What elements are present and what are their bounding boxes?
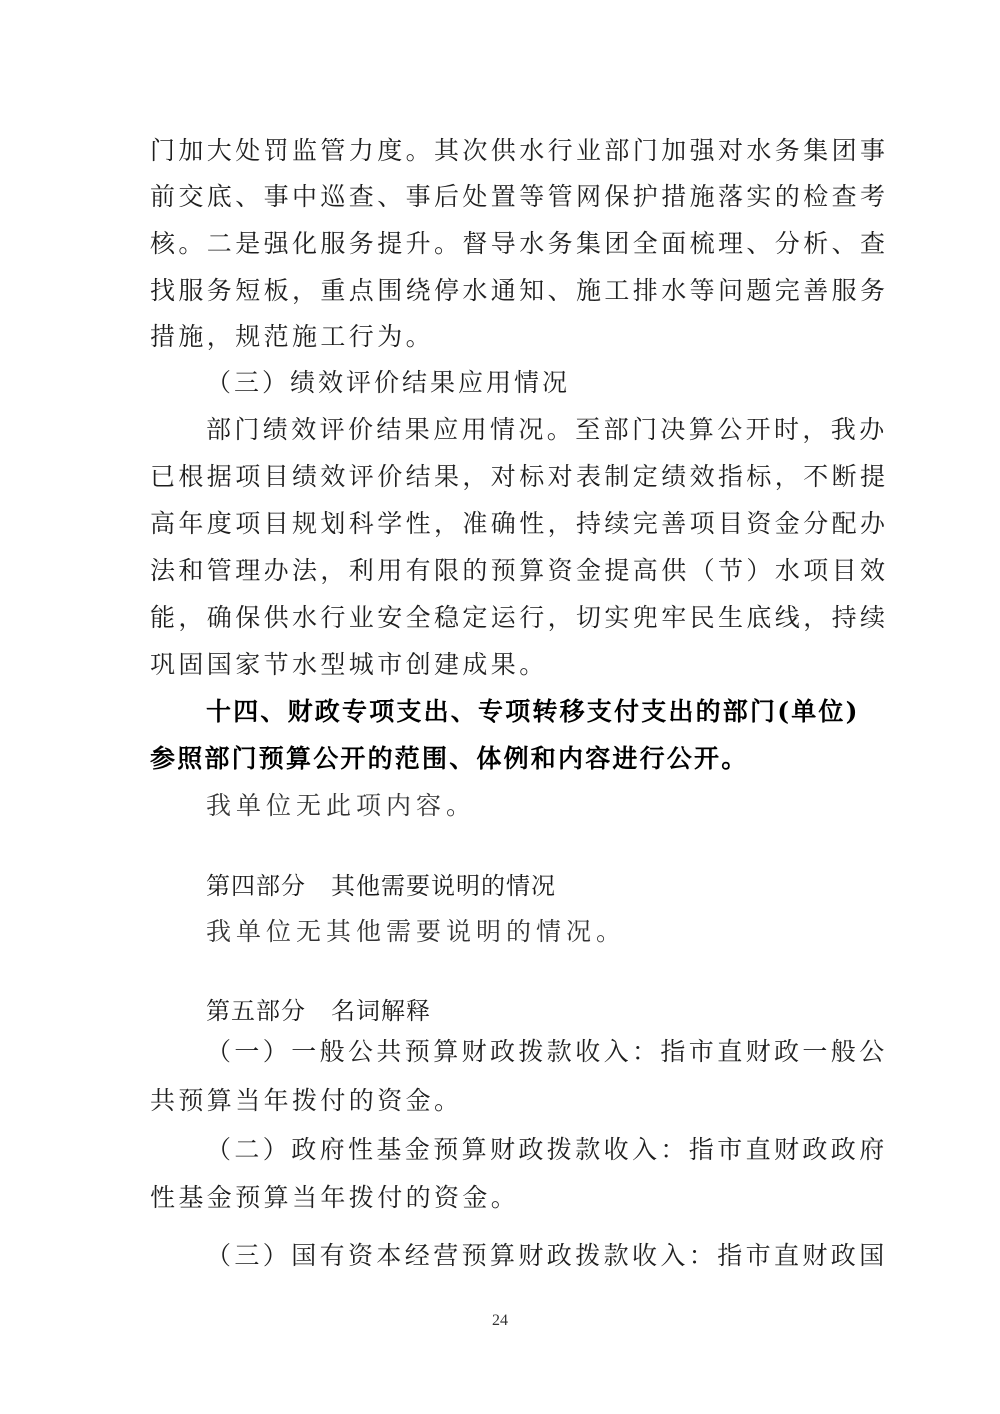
paragraph-line: 法和管理办法，利用有限的预算资金提高供（节）水项目效 xyxy=(150,556,888,586)
item-heading: 十四、财政专项支出、专项转移支付支出的部门(单位) xyxy=(206,697,860,727)
paragraph-line: 能，确保供水行业安全稳定运行，切实兜牢民生底线，持续 xyxy=(150,603,888,633)
paragraph-line: 巩固国家节水型城市创建成果。 xyxy=(150,650,548,680)
definition-line: （二）政府性基金预算财政拨款收入：指市直财政政府 xyxy=(206,1135,888,1165)
item-heading: 参照部门预算公开的范围、体例和内容进行公开。 xyxy=(150,744,748,774)
paragraph-line: 核。二是强化服务提升。督导水务集团全面梳理、分析、查 xyxy=(150,229,888,259)
definition-line: 性基金预算当年拨付的资金。 xyxy=(150,1183,519,1213)
page-number: 24 xyxy=(0,1312,1000,1330)
part-body: 我单位无其他需要说明的情况。 xyxy=(206,917,626,947)
part-heading: 第四部分 其他需要说明的情况 xyxy=(206,871,556,901)
definition-line: （一）一般公共预算财政拨款收入：指市直财政一般公 xyxy=(206,1037,888,1067)
item-body: 我单位无此项内容。 xyxy=(206,791,476,821)
definition-line: （三）国有资本经营预算财政拨款收入：指市直财政国 xyxy=(206,1241,888,1271)
paragraph-line: 前交底、事中巡查、事后处置等管网保护措施落实的检查考 xyxy=(150,182,888,212)
paragraph-line: 找服务短板，重点围绕停水通知、施工排水等问题完善服务 xyxy=(150,276,888,306)
part-heading: 第五部分 名词解释 xyxy=(206,996,431,1026)
paragraph-line: 已根据项目绩效评价结果，对标对表制定绩效指标，不断提 xyxy=(150,462,888,492)
paragraph-line: 高年度项目规划科学性，准确性，持续完善项目资金分配办 xyxy=(150,509,888,539)
definition-line: 共预算当年拨付的资金。 xyxy=(150,1086,462,1116)
paragraph-line: 门加大处罚监管力度。其次供水行业部门加强对水务集团事 xyxy=(150,136,888,166)
section-heading: （三）绩效评价结果应用情况 xyxy=(206,368,570,398)
paragraph-line: 部门绩效评价结果应用情况。至部门决算公开时，我办 xyxy=(206,415,888,445)
paragraph-line: 措施，规范施工行为。 xyxy=(150,322,434,352)
